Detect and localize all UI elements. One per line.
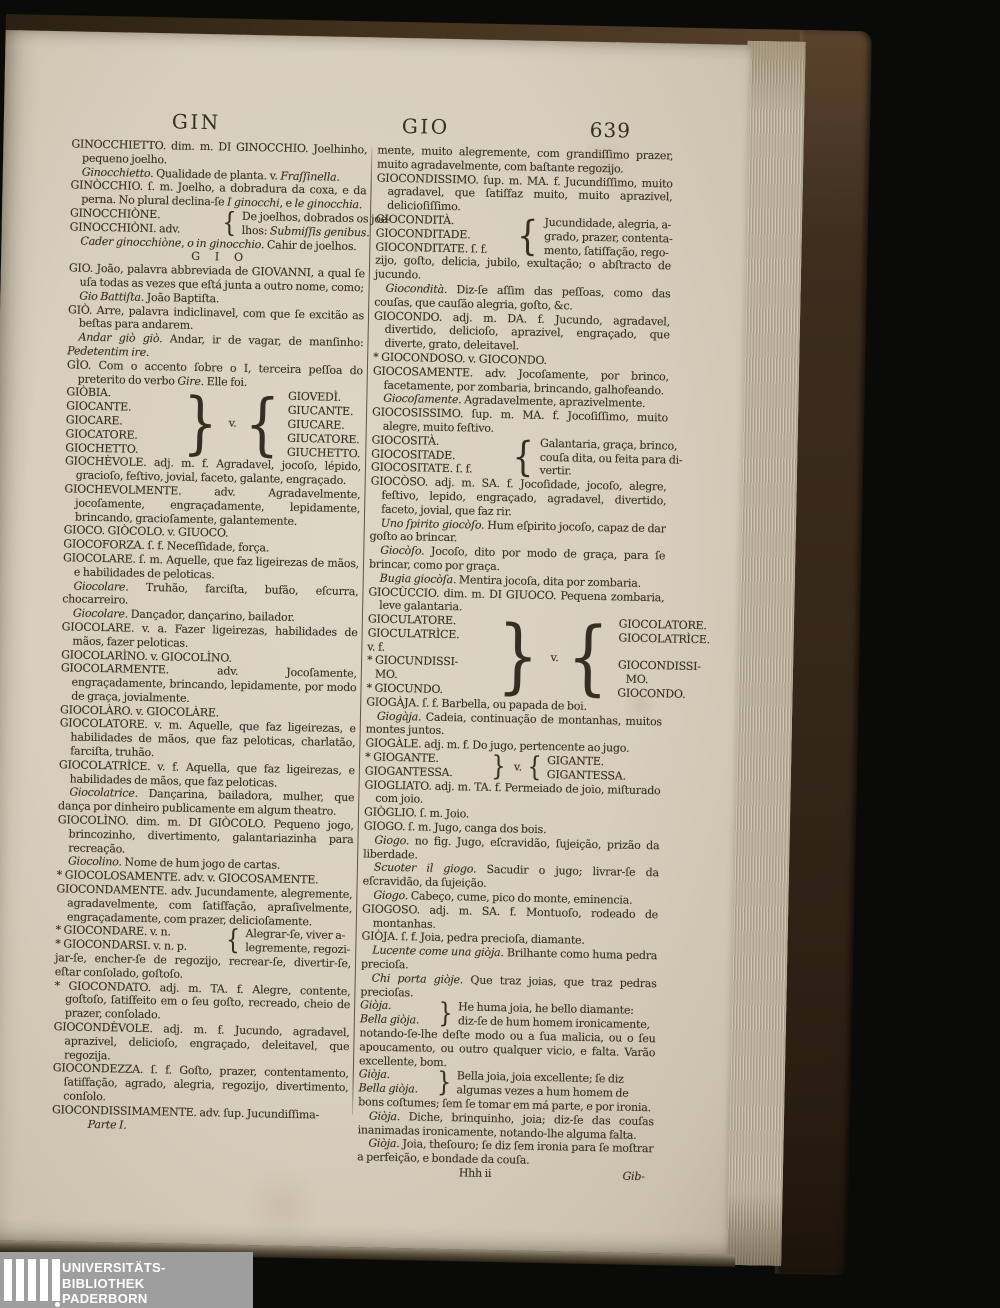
book-page: GIN GIO 639 GINOCCHIETTO. dim. m. DI GIN…	[0, 30, 752, 1255]
brace-left-list: GIOCOSITÀ.GIOCOSITADE.GIOCOSITATE. ſ. f.	[371, 433, 510, 477]
brace-item: Bella giòja.	[360, 1013, 436, 1028]
catchword: Gib-	[622, 1170, 645, 1184]
brace-group: GIOCULATORE.GIOCULATRÌCE.v. f.* GIOCUNDI…	[366, 612, 664, 701]
brace-group: GIOCONDITÀ.GIOCONDITADE.GIOCONDITATE. ſ.…	[375, 212, 672, 259]
brace-definition: De joelhos, dobrados os joe-lhos: Submiſ…	[242, 210, 391, 241]
library-logo	[0, 1252, 62, 1308]
brace-item: GIGANTESSA.	[547, 768, 626, 783]
brace-left-list: Giòja.Bella giòja.	[358, 1068, 435, 1097]
photo-frame: GIN GIO 639 GINOCCHIETTO. dim. m. DI GIN…	[0, 0, 1000, 1308]
dict-entry: GIOCONDÈVOLE. adj. m. f. Jucundo, agrada…	[53, 1020, 350, 1067]
brace-glyph: }	[496, 615, 540, 699]
dict-entry: * GIOCONDATO. adj. m. TA. f. Alegre, con…	[54, 979, 351, 1026]
brace-item: GIUCANTE.	[288, 404, 361, 419]
dict-continuation: notando-ſe-lhe deſte modo ou a ſua malic…	[359, 1026, 656, 1073]
brace-left-list: Giòja.Bella giòja.	[360, 999, 437, 1028]
watermark-line: BIBLIOTHEK	[62, 1276, 166, 1292]
brace-label: v.	[547, 651, 561, 665]
watermark-line: UNIVERSITÄTS-	[62, 1260, 166, 1276]
brace-left-list: GIOCONDITÀ.GIOCONDITADE.GIOCONDITATE. ſ.…	[375, 212, 514, 256]
brace-label: v.	[511, 760, 525, 774]
left-column: GINOCCHIETTO. dim. m. DI GINOCCHIO. Joel…	[52, 137, 368, 1136]
book: GIN GIO 639 GINOCCHIETTO. dim. m. DI GIN…	[0, 14, 872, 1275]
dict-entry: GIOCONDEZZA. ſ. f. Goſto, prazer, conten…	[52, 1062, 349, 1109]
brace-definition: He huma joia, he bello diamante:diz-ſe d…	[458, 1001, 657, 1033]
dict-entry: GIOCONDAMENTE. adv. Jucundamente, alegre…	[56, 882, 353, 929]
brace-definition: Bella joia, joia excellente; ſe dizalgum…	[456, 1070, 655, 1102]
brace-glyph: {	[512, 436, 535, 478]
brace-item: Bella giòja.	[358, 1081, 434, 1096]
dict-entry: GIOCOLARMENTE. adv. Jocoſamente, engraça…	[60, 662, 357, 709]
running-head-left: GIN	[172, 109, 221, 134]
watermark-text: UNIVERSITÄTS- BIBLIOTHEK PADERBORN	[62, 1252, 166, 1307]
signature-mark: Hhh ii	[459, 1166, 492, 1180]
brace-left-list: GIÒBIA.GIOCANTE.GIOCARE.GIOCATORE.GIOCHE…	[65, 386, 178, 457]
brace-glyph: }	[491, 753, 507, 781]
brace-item: GIOCONDO.	[617, 686, 709, 702]
brace-glyph: {	[527, 754, 543, 782]
brace-left-list: * GIOGANTE.GIOGANTESSA.	[365, 750, 490, 780]
dict-subentry: Giòja. Joia, theſouro; ſe diz ſem ironia…	[357, 1137, 653, 1171]
brace-item: GIOCOLATRÌCE.	[618, 631, 710, 647]
brace-right-list: GIGANTE.GIGANTESSA.	[547, 754, 627, 783]
brace-label: v.	[226, 416, 240, 430]
brace-group: GIOCOSITÀ.GIOCOSITADE.GIOCOSITATE. ſ. f.…	[371, 433, 668, 480]
dict-entry: GIOCÒSO. adj. m. SA. f. Jocoſidade, joco…	[370, 475, 667, 522]
brace-left-list: * GIOCONDARE. v. n.* GIOCONDARSI. v. n. …	[55, 924, 224, 955]
brace-glyph: }	[438, 1000, 454, 1028]
brace-item: GIUCARE.	[287, 418, 360, 433]
brace-item: GIOVEDÌ.	[288, 390, 361, 405]
watermark-line: PADERBORN	[62, 1291, 166, 1307]
running-head-right: GIO	[402, 114, 450, 139]
dict-entry: GIOCOLÌNO. dim. m. DI GIÒCOLO. Pequeno j…	[57, 813, 354, 860]
right-column: mente, muito alegremente, com grandiſſim…	[357, 143, 674, 1184]
brace-glyph: {	[516, 215, 539, 257]
brace-definition: Alegrar-ſe, viver a-legremente, regozi-	[245, 927, 352, 957]
brace-left-list: GINOCCHIÒNE.GINOCCHIÒNI. adv.	[70, 206, 221, 237]
dict-entry: GIOCOLATORE. v. m. Aquelle, que faz lige…	[59, 717, 356, 764]
brace-glyph: {	[243, 389, 280, 459]
brace-right-list: GIOCOLATORE.GIOCOLATRÌCE. GIOCONDISSI- M…	[617, 618, 710, 703]
brace-glyph: {	[566, 616, 610, 700]
brace-item: GIOCULATRÌCE.	[368, 626, 492, 642]
brace-right-list: GIOVEDÌ.GIUCANTE.GIUCARE.GIUCATORE.GIUCH…	[287, 390, 362, 460]
logo-dot-icon	[55, 1302, 60, 1307]
brace-left-list: GIOCULATORE.GIOCULATRÌCE.v. f.* GIOCUNDI…	[366, 612, 492, 697]
brace-glyph: }	[182, 388, 219, 458]
dict-entry: GIOCHEVOLMENTE. adv. Agradavelmente, joc…	[64, 482, 361, 529]
dict-entry: GIOCONDO. adj. m. DA. f. Jucundo, agrada…	[373, 309, 670, 356]
brace-item: Giòja.	[360, 999, 436, 1014]
watermark-bar: UNIVERSITÄTS- BIBLIOTHEK PADERBORN	[0, 1252, 253, 1308]
page-number: 639	[590, 118, 632, 143]
brace-definition: Jucundidade, alegria, a-grado, prazer, c…	[544, 216, 673, 260]
brace-glyph: }	[436, 1069, 452, 1097]
brace-item: GIUCATORE.	[287, 431, 360, 446]
brace-item: Giòja.	[359, 1068, 435, 1083]
brace-item: GIGANTE.	[547, 754, 626, 769]
brace-glyph: {	[221, 209, 237, 237]
brace-group: GIÒBIA.GIOCANTE.GIOCARE.GIOCATORE.GIOCHE…	[65, 386, 362, 461]
brace-glyph: {	[225, 927, 241, 955]
brace-definition: Galantaria, graça, brinco,couſa dita, ou…	[539, 437, 683, 481]
